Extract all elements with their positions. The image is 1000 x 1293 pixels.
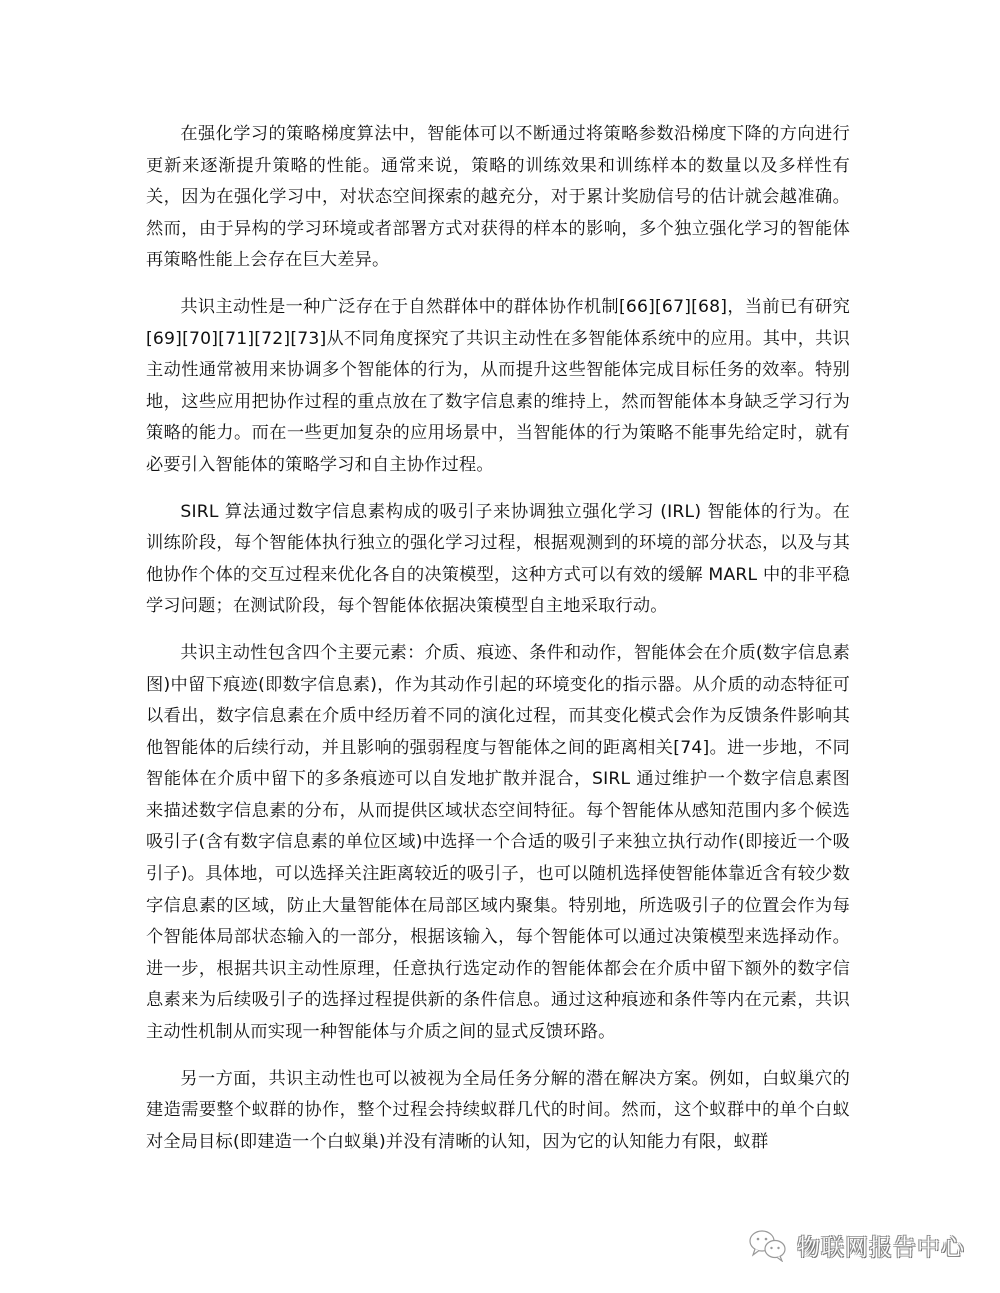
watermark: 物联网报告中心 [747, 1228, 965, 1262]
paragraph-sirl-algorithm: SIRL 算法通过数字信息素构成的吸引子来协调独立强化学习 (IRL) 智能体的… [146, 497, 850, 623]
watermark-text: 物联网报告中心 [797, 1229, 965, 1262]
document-body: 在强化学习的策略梯度算法中，智能体可以不断通过将策略参数沿梯度下降的方向进行更新… [146, 119, 850, 1174]
paragraph-stigmergy-intro: 共识主动性是一种广泛存在于自然群体中的群体协作机制[66][67][68]，当前… [146, 292, 850, 482]
paragraph-stigmergy-elements: 共识主动性包含四个主要元素：介质、痕迹、条件和动作，智能体会在介质(数字信息素图… [146, 638, 850, 1049]
wechat-icon [747, 1228, 789, 1262]
paragraph-policy-gradient: 在强化学习的策略梯度算法中，智能体可以不断通过将策略参数沿梯度下降的方向进行更新… [146, 119, 850, 277]
paragraph-task-decomposition: 另一方面，共识主动性也可以被视为全局任务分解的潜在解决方案。例如，白蚁巢穴的建造… [146, 1064, 850, 1159]
